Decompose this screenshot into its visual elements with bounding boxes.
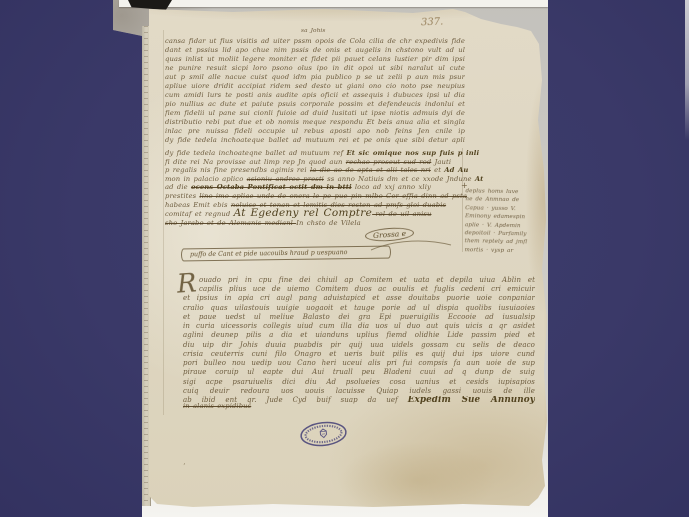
manuscript-segment: habeas Emit ebis xyxy=(165,201,231,209)
manuscript-line: pori bulleo nou uedip uou Cano heri uceu… xyxy=(183,359,535,368)
manuscript-line: sho Jarabo et de Alemanis medianl In chs… xyxy=(165,219,467,228)
manuscript-segment: Et sic omique nos sup fuis p inli xyxy=(347,149,480,157)
manuscript-segment: in alanis expidibus xyxy=(183,402,251,410)
interlinear-note: sa Johis xyxy=(301,28,325,34)
manuscript-segment: dy fide tedela inchoateqne ballet ad mut… xyxy=(165,149,347,157)
manuscript-line: apliue uiore dridit accipiat ridem sed d… xyxy=(165,82,465,91)
manuscript-line: in alanis expidibus xyxy=(183,402,323,411)
manuscript-segment: la die ao de apta et alii tales nri xyxy=(310,166,431,174)
manuscript-line: dy fide tedela inchoateqne ballet ad mut… xyxy=(165,149,467,158)
manuscript-segment: prestites xyxy=(165,192,199,200)
manuscript-line: cralio quas uilastouis uuigie uogaoit et… xyxy=(183,304,535,313)
manuscript-line: inlac pre nuissa fideli occupie ul rebus… xyxy=(165,127,465,136)
manuscript-segment: Ad Au xyxy=(444,166,468,174)
manuscript-line: in curia uicessoris collegis uiud cum il… xyxy=(183,322,535,331)
manuscript-segment: ad die xyxy=(165,183,191,191)
manuscript-line: dy fide tedela inchoateque ballet ad mut… xyxy=(165,136,465,145)
manuscript-segment: In chsto de Vilela xyxy=(296,219,361,227)
margin-note-block: deplus homs luvene de Anmnao deCapua · y… xyxy=(464,187,551,256)
manuscript-segment: ss anno Natiuis dm et ce xxode Jndune xyxy=(324,175,475,183)
manuscript-line: capilis plius uce de uiemo Comitem duos … xyxy=(183,285,535,294)
manuscript-line: dant et pssius lid apo chue nim pssis de… xyxy=(165,46,465,55)
folio-number: 337. xyxy=(421,17,444,29)
margin-ruling-left xyxy=(163,30,164,415)
manuscript-line: ne punire resuit sicpi loro psono olus i… xyxy=(165,64,465,73)
slide-background: 337. sa Johis cansa fidar ut fius visiti… xyxy=(0,0,689,517)
manuscript-block-cancelled: dy fide tedela inchoateqne ballet ad mut… xyxy=(165,149,467,227)
manuscript-line: et ipsius in apia cri augl pang aduistap… xyxy=(183,294,535,303)
manuscript-segment: rechao proseut sud rod xyxy=(346,158,432,166)
manuscript-line: mortis · vysp ar xyxy=(464,246,550,256)
manuscript-segment: rel de uil anisu xyxy=(372,210,431,218)
manuscript-segment: Jauti xyxy=(431,158,451,166)
manuscript-line: aut p smil alle nacue cuist quod idm pia… xyxy=(165,73,465,82)
underlying-page-text-marks xyxy=(144,26,148,506)
manuscript-segment: Expedim Sue Annunoy xyxy=(408,396,535,405)
manuscript-segment: comitaf et regnud xyxy=(165,210,234,218)
manuscript-block-top: cansa fidar ut fius visitis ad uiter pss… xyxy=(165,37,465,145)
manuscript-segment: loco ad xxj anno xliy xyxy=(352,183,431,191)
manuscript-segment: At xyxy=(475,175,484,183)
manuscript-segment: fi dite rei Na provisse aut limp rep Jn … xyxy=(165,158,346,166)
cancelled-final-line: in alanis expidibus xyxy=(183,402,323,411)
manuscript-line: fiem fidelii ul pane sui cionli fuioie a… xyxy=(165,109,465,118)
parchment-page: 337. sa Johis cansa fidar ut fius visiti… xyxy=(113,0,548,517)
boxed-heading: puffo de Cant et pide uacouibs hraud p u… xyxy=(181,246,391,262)
manuscript-segment: p regalis nis fine presendbs agimis rei xyxy=(165,166,310,174)
stray-pen-mark: ’ xyxy=(183,462,186,471)
manuscript-line: cuiq deuir redoura uos uouis lacuisse Qu… xyxy=(183,387,535,396)
manuscript-line: ouado pri in cpu fine dei chiuil ap Comi… xyxy=(183,276,535,285)
manuscript-line: fi dite rei Na provisse aut limp rep Jn … xyxy=(165,158,467,167)
manuscript-line: sigi acpe psaruiuelis dici diu Ad psolue… xyxy=(183,378,535,387)
manuscript-line: distributio rebi put due et ob nomis meq… xyxy=(165,118,465,127)
manuscript-line: piraue coruip ul eapte dui Aui truall pe… xyxy=(183,368,535,377)
manuscript-line: et paue uedst ul meliue Balasto dei gra … xyxy=(183,313,535,322)
manuscript-line: comitaf et regnud At Egedeny rel Comptre… xyxy=(165,209,467,219)
manuscript-line: diu uip dir Johis duuia puabdis pir quij… xyxy=(183,341,535,350)
manuscript-line: cum amidi lurs te posti anis audite apis… xyxy=(165,91,465,100)
manuscript-line: mon in palacio aplico asioniu andree pre… xyxy=(165,175,467,184)
manuscript-segment: et xyxy=(431,166,444,174)
screen-edge-highlight xyxy=(685,0,689,140)
manuscript-segment: lino imo apliae unde de onera le pe pue … xyxy=(199,192,467,200)
manuscript-segment: At Egedeny rel Comptre xyxy=(234,207,373,219)
manuscript-segment: ocens Octaba Pontificat octit dm in btti xyxy=(191,183,352,191)
manuscript-line: aglini deunep pilis a dia et uianduns up… xyxy=(183,331,535,340)
archive-stamp-icon xyxy=(298,419,349,450)
manuscript-segment: sho Jarabo et de Alemanis medianl xyxy=(165,219,296,227)
manuscript-line: ad die ocens Octaba Pontificat octit dm … xyxy=(165,183,467,192)
manuscript-line: quas inlist ut moliit legere moniter et … xyxy=(165,55,465,64)
manuscript-line: p regalis nis fine presendbs agimis rei … xyxy=(165,166,467,175)
manuscript-line: crisia ceuterris cuni filo Onagro et uer… xyxy=(183,350,535,359)
manuscript-segment: asioniu andree presti xyxy=(247,175,324,183)
flyleaf-page-edge xyxy=(119,0,548,7)
manuscript-line: cansa fidar ut fius visitis ad uiter pss… xyxy=(165,37,465,46)
manuscript-segment: mon in palacio aplico xyxy=(165,175,247,183)
manuscript-line: prestites lino imo apliae unde de onera … xyxy=(165,192,467,201)
manuscript-photo: 337. sa Johis cansa fidar ut fius visiti… xyxy=(113,0,548,517)
manuscript-line: pio nullius ac dute et paiute psuis corp… xyxy=(165,100,465,109)
manuscript-block-bottom: ouado pri in cpu fine dei chiuil ap Comi… xyxy=(183,276,535,405)
binding-dark-wedge xyxy=(128,0,172,10)
